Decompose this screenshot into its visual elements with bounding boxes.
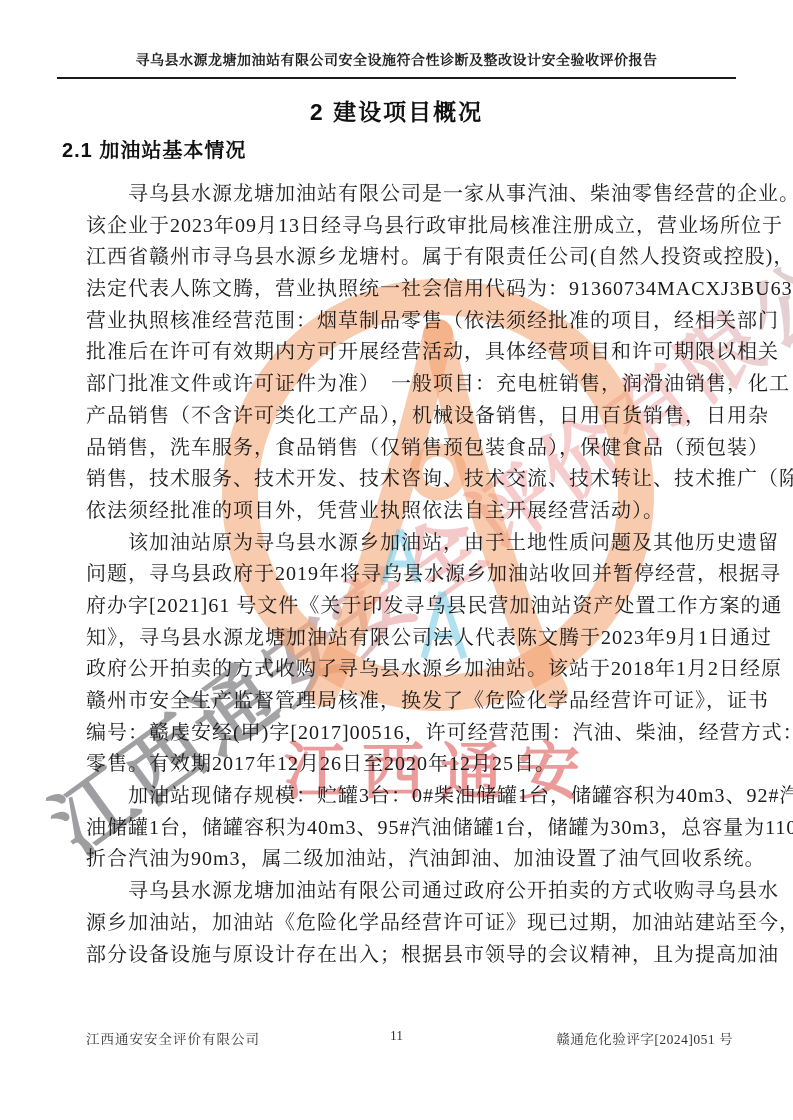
body-line: 江西省赣州市寻乌县水源乡龙塘村。属于有限责任公司(自然人投资或控股)， (86, 242, 736, 274)
page-header: 寻乌县水源龙塘加油站有限公司安全设施符合性诊断及整改设计安全验收评价报告 (57, 50, 736, 79)
content-layer: 寻乌县水源龙塘加油站有限公司安全设施符合性诊断及整改设计安全验收评价报告 2 建… (0, 0, 793, 1120)
body-line: 知》，寻乌县水源龙塘加油站有限公司法人代表陈文腾于2023年9月1日通过 (86, 623, 736, 655)
body-line: 问题，寻乌县政府于2019年将寻乌县水源乡加油站收回并暂停经营，根据寻 (86, 559, 736, 591)
body-line: 批准后在许可有效期内方可开展经营活动，具体经营项目和许可期限以相关 (86, 337, 736, 369)
body-line: 寻乌县水源龙塘加油站有限公司是一家从事汽油、柴油零售经营的企业。 (86, 179, 736, 211)
body-line: 产品销售（不含许可类化工产品），机械设备销售，日用百货销售，日用杂 (86, 401, 736, 433)
body-line: 源乡加油站，加油站《危险化学品经营许可证》现已过期，加油站建站至今， (86, 908, 736, 940)
body-line: 品销售，洗车服务，食品销售（仅销售预包装食品），保健食品（预包装） (86, 433, 736, 465)
header-report-title: 寻乌县水源龙塘加油站有限公司安全设施符合性诊断及整改设计安全验收评价报告 (136, 54, 658, 69)
document-page: 江西通安安全评价有限公司 江西通安 寻乌县 (0, 0, 793, 1120)
body-line: 销售，技术服务、技术开发、技术咨询、技术交流、技术转让、技术推广（除 (86, 464, 736, 496)
body-line: 政府公开拍卖的方式收购了寻乌县水源乡加油站。该站于2018年1月2日经原 (86, 654, 736, 686)
body-line: 加油站现储存规模：贮罐3台：0#柴油储罐1台，储罐容积为40m3、92#汽 (86, 781, 736, 813)
body-line: 零售。有效期2017年12月26日至2020年12月25日。 (86, 749, 736, 781)
body-line: 编号：赣虔安经(甲)字[2017]00516，许可经营范围：汽油、柴油，经营方式… (86, 718, 736, 750)
footer-doc-number: 赣通危化验评字[2024]051 号 (556, 1028, 733, 1048)
body-line: 部分设备设施与原设计存在出入；根据县市领导的会议精神，且为提高加油 (86, 940, 736, 972)
body-line: 法定代表人陈文腾，营业执照统一社会信用代码为：91360734MACXJ3BU6… (86, 274, 736, 306)
body-line: 寻乌县水源龙塘加油站有限公司通过政府公开拍卖的方式收购寻乌县水 (86, 876, 736, 908)
page-footer: 江西通安安全评价有限公司 11 赣通危化验评字[2024]051 号 (0, 1028, 793, 1050)
body-line: 赣州市安全生产监督管理局核准，换发了《危险化学品经营许可证》，证书 (86, 686, 736, 718)
body-line: 折合汽油为90m3，属二级加油站，汽油卸油、加油设置了油气回收系统。 (86, 844, 736, 876)
section-title: 2.1 加油站基本情况 (62, 134, 246, 163)
body-line: 该加油站原为寻乌县水源乡加油站，由于土地性质问题及其他历史遗留 (86, 528, 736, 560)
body-line: 油储罐1台，储罐容积为40m3、95#汽油储罐1台，储罐为30m3，总容量为11… (86, 813, 736, 845)
body-line: 依法须经批准的项目外，凭营业执照依法自主开展经营活动）。 (86, 496, 736, 528)
chapter-title: 2 建设项目概况 (0, 94, 793, 127)
body-line: 营业执照核准经营范围：烟草制品零售（依法须经批准的项目，经相关部门 (86, 306, 736, 338)
body-text: 寻乌县水源龙塘加油站有限公司是一家从事汽油、柴油零售经营的企业。 该企业于202… (86, 179, 736, 971)
body-line: 府办字[2021]61 号文件《关于印发寻乌县民营加油站资产处置工作方案的通 (86, 591, 736, 623)
body-line: 该企业于2023年09月13日经寻乌县行政审批局核准注册成立，营业场所位于 (86, 211, 736, 243)
body-line: 部门批准文件或许可证件为准） 一般项目：充电桩销售，润滑油销售，化工 (86, 369, 736, 401)
